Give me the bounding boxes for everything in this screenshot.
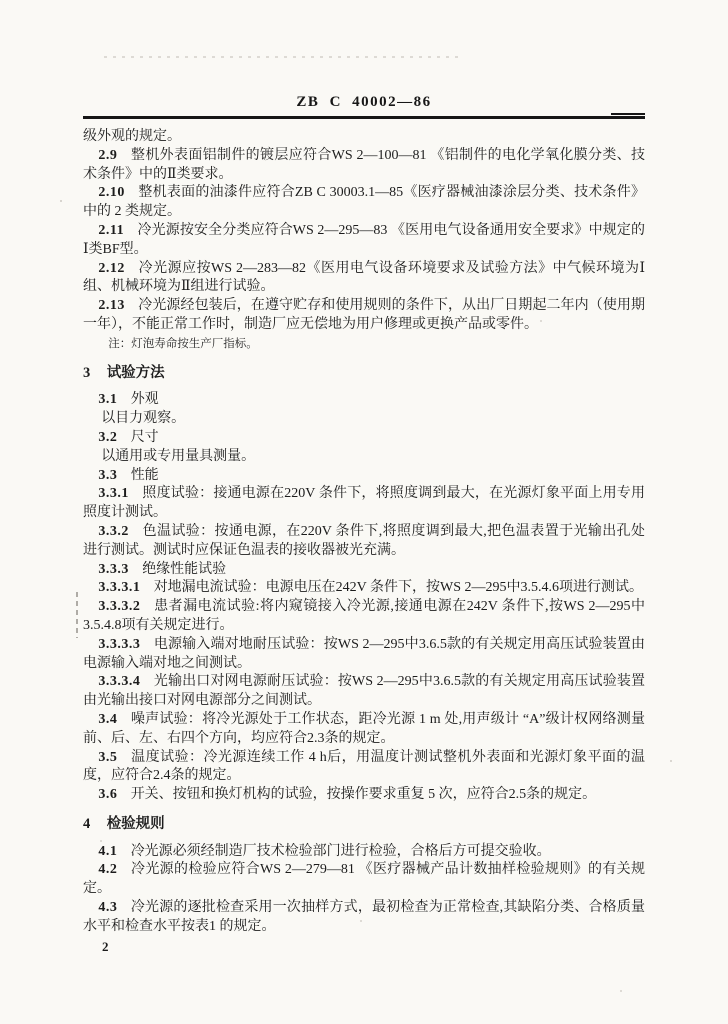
clause-number: 4.2	[98, 862, 117, 877]
clause-text: 温度试验：冷光源连续工作 4 h后，用温度计测试整机外表面和光源灯象平面的温度，…	[83, 750, 645, 784]
clause-3-3-2: 3.3.2色温试验：按通电源，在220V 条件下,将照度调到最大,把色温表置于光…	[83, 523, 645, 561]
clause-text: 级外观的规定。	[83, 129, 181, 144]
clause-text: 冷光源经包装后，在遵守贮存和使用规则的条件下，从出厂日期起二年内（使用期一年），…	[83, 298, 645, 332]
page-number: 2	[102, 939, 109, 955]
clause-text: 外观	[131, 392, 159, 407]
clause-3-3-3-2: 3.3.3.2患者漏电流试验:将内窥镜接入冷光源,接通电源在242V 条件下,按…	[83, 598, 645, 636]
clause-3-2: 3.2尺寸	[83, 429, 645, 448]
footnote: 注：灯泡寿命按生产厂指标。	[83, 335, 645, 354]
clause-number: 2.13	[98, 298, 125, 313]
note-text: 注：灯泡寿命按生产厂指标。	[108, 338, 258, 350]
clause-2-13: 2.13冷光源经包装后，在遵守贮存和使用规则的条件下，从出厂日期起二年内（使用期…	[83, 297, 645, 335]
clause-number: 3.6	[98, 787, 117, 802]
clause-2-11: 2.11冷光源按安全分类应符合WS 2—295—83 《医用电气设备通用安全要求…	[83, 222, 645, 260]
clause-3-3-3-4: 3.3.3.4光输出口对网电源耐压试验：按WS 2—295中3.6.5款的有关规…	[83, 673, 645, 711]
section-number: 4	[83, 816, 91, 832]
section-3-heading: 3试验方法	[83, 364, 645, 383]
clause-number: 2.12	[98, 261, 125, 276]
clause-text: 开关、按钮和换灯机构的试验，按操作要求重复 5 次，应符合2.5条的规定。	[131, 787, 597, 802]
clause-number: 3.2	[98, 430, 117, 445]
clause-number: 3.3.3.3	[98, 637, 140, 652]
clause-text: 整机表面的油漆件应符合ZB C 30003.1—85《医疗器械油漆涂层分类、技术…	[83, 185, 645, 219]
clause-text: 冷光源的逐批检查采用一次抽样方式，最初检查为正常检查,其缺陷分类、合格质量水平和…	[83, 900, 645, 934]
clause-text: 色温试验：按通电源，在220V 条件下,将照度调到最大,把色温表置于光输出孔处进…	[83, 524, 645, 558]
clause-3-6: 3.6开关、按钮和换灯机构的试验，按操作要求重复 5 次，应符合2.5条的规定。	[83, 786, 645, 805]
section-title: 检验规则	[107, 816, 165, 832]
clause-3-3-3-3: 3.3.3.3电源输入端对地耐压试验：按WS 2—295中3.6.5款的有关规定…	[83, 636, 645, 674]
scan-smudge-artifact	[104, 56, 464, 58]
clause-number: 3.3.3	[98, 562, 129, 577]
clause-3-3-3: 3.3.3绝缘性能试验	[83, 561, 645, 580]
clause-text: 冷光源按安全分类应符合WS 2—295—83 《医用电气设备通用安全要求》中规定…	[83, 223, 645, 257]
clause-number: 3.5	[98, 750, 117, 765]
clause-3-5: 3.5温度试验：冷光源连续工作 4 h后，用温度计测试整机外表面和光源灯象平面的…	[83, 749, 645, 787]
page-content: ZB C 40002—86 级外观的规定。 2.9整机外表面铝制件的镀层应符合W…	[83, 94, 645, 937]
clause-number: 3.3.1	[98, 486, 129, 501]
clause-text: 对地漏电流试验：电源电压在242V 条件下，按WS 2—295中3.5.4.6项…	[154, 580, 643, 595]
clause-text: 照度试验：接通电源在220V 条件下，将照度调到最大，在光源灯象平面上用专用照度…	[83, 486, 645, 520]
clause-text: 噪声试验：将冷光源处于工作状态，距冷光源 1 m 处,用声级计 “A”级计权网络…	[83, 712, 645, 746]
scanned-page: ZB C 40002—86 级外观的规定。 2.9整机外表面铝制件的镀层应符合W…	[0, 0, 728, 1024]
clause-text: 性能	[131, 468, 159, 483]
section-title: 试验方法	[107, 365, 165, 381]
clause-3-1: 3.1外观	[83, 391, 645, 410]
clause-2-12: 2.12冷光源应按WS 2—283—82《医用电气设备环境要求及试验方法》中气候…	[83, 260, 645, 298]
clause-text: 冷光源必须经制造厂技术检验部门进行检验，合格后方可提交验收。	[131, 844, 551, 859]
clause-text: 以目力观察。	[101, 411, 185, 426]
clause-number: 3.3	[98, 468, 117, 483]
clause-number: 3.3.2	[98, 524, 129, 539]
clause-text: 光输出口对网电源耐压试验：按WS 2—295中3.6.5款的有关规定用高压试验装…	[83, 674, 645, 708]
clause-2-10: 2.10整机表面的油漆件应符合ZB C 30003.1—85《医疗器械油漆涂层分…	[83, 184, 645, 222]
clause-number: 2.9	[98, 148, 117, 163]
clause-number: 4.3	[98, 900, 117, 915]
document-body: 级外观的规定。 2.9整机外表面铝制件的镀层应符合WS 2—100—81 《铝制…	[83, 128, 645, 937]
clause-number: 3.4	[98, 712, 117, 727]
clause-number: 3.3.3.1	[98, 580, 140, 595]
paragraph-continuation: 级外观的规定。	[83, 128, 645, 147]
header-rule	[83, 116, 645, 119]
clause-text: 尺寸	[131, 430, 159, 445]
clause-3-1-body: 以目力观察。	[83, 410, 645, 429]
clause-number: 2.11	[98, 223, 124, 238]
standard-number: ZB C 40002—86	[83, 94, 645, 111]
clause-3-4: 3.4噪声试验：将冷光源处于工作状态，距冷光源 1 m 处,用声级计 “A”级计…	[83, 711, 645, 749]
clause-number: 2.10	[98, 185, 125, 200]
clause-4-1: 4.1冷光源必须经制造厂技术检验部门进行检验，合格后方可提交验收。	[83, 843, 645, 862]
clause-text: 电源输入端对地耐压试验：按WS 2—295中3.6.5款的有关规定用高压试验装置…	[83, 637, 645, 671]
clause-2-9: 2.9整机外表面铝制件的镀层应符合WS 2—100—81 《铝制件的电化学氧化膜…	[83, 147, 645, 185]
clause-3-3-3-1: 3.3.3.1对地漏电流试验：电源电压在242V 条件下，按WS 2—295中3…	[83, 579, 645, 598]
scan-margin-artifact	[76, 592, 78, 638]
clause-number: 4.1	[98, 844, 117, 859]
clause-3-3-1: 3.3.1照度试验：接通电源在220V 条件下，将照度调到最大，在光源灯象平面上…	[83, 485, 645, 523]
clause-text: 以通用或专用量具测量。	[101, 449, 255, 464]
clause-number: 3.3.3.4	[98, 674, 140, 689]
clause-text: 冷光源的检验应符合WS 2—279—81 《医疗器械产品计数抽样检验规则》的有关…	[83, 862, 645, 896]
clause-3-3: 3.3性能	[83, 467, 645, 486]
clause-text: 患者漏电流试验:将内窥镜接入冷光源,接通电源在242V 条件下,按WS 2—29…	[83, 599, 645, 633]
clause-3-2-body: 以通用或专用量具测量。	[83, 448, 645, 467]
scan-noise	[60, 200, 62, 202]
header-rule-artifact	[611, 113, 645, 115]
clause-text: 冷光源应按WS 2—283—82《医用电气设备环境要求及试验方法》中气候环境为Ⅰ…	[83, 261, 645, 295]
clause-number: 3.1	[98, 392, 117, 407]
clause-text: 绝缘性能试验	[142, 562, 226, 577]
clause-4-2: 4.2冷光源的检验应符合WS 2—279—81 《医疗器械产品计数抽样检验规则》…	[83, 861, 645, 899]
clause-text: 整机外表面铝制件的镀层应符合WS 2—100—81 《铝制件的电化学氧化膜分类、…	[83, 148, 645, 182]
section-4-heading: 4检验规则	[83, 815, 645, 834]
clause-number: 3.3.3.2	[98, 599, 140, 614]
section-number: 3	[83, 365, 91, 381]
clause-4-3: 4.3冷光源的逐批检查采用一次抽样方式，最初检查为正常检查,其缺陷分类、合格质量…	[83, 899, 645, 937]
